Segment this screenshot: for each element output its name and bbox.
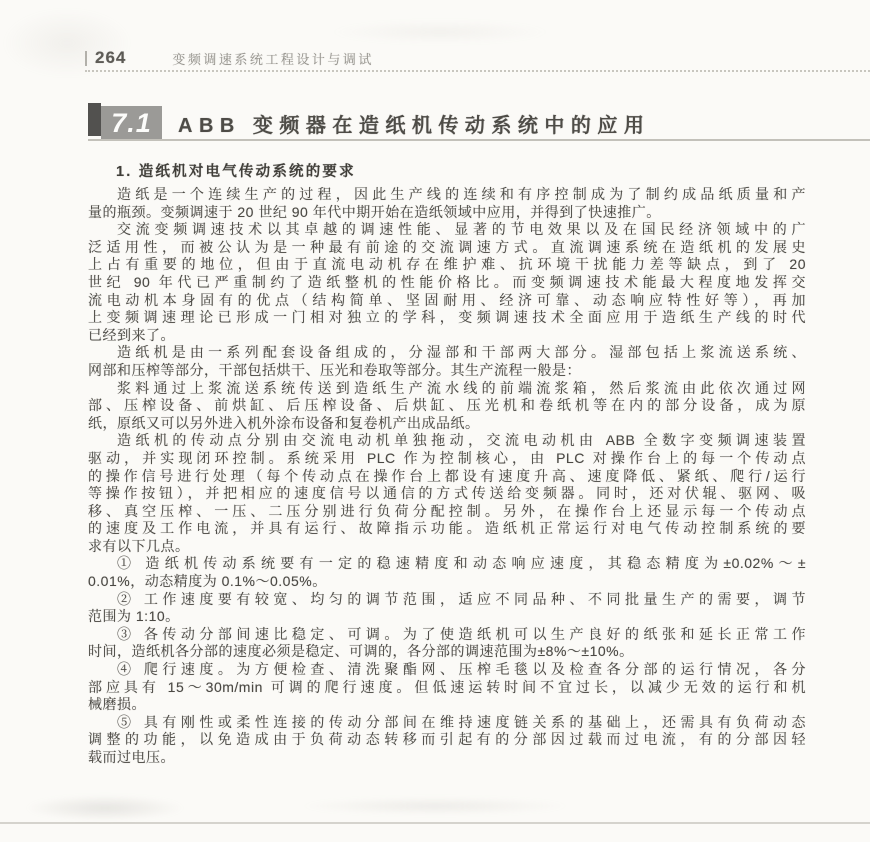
body-text-line: 调整的功能，以免造成由于负荷动态转移而引起有的分部因过载而过电流，有的分部因轻	[88, 731, 806, 749]
subsection-heading: 1. 造纸机对电气传动系统的要求	[116, 160, 356, 181]
body-text-line: 流电动机本身固有的优点（结构简单、坚固耐用、经济可靠、动态响应特性好等），再加	[88, 292, 806, 310]
body-text-line: 已经到来了。	[88, 327, 806, 345]
running-head-row: 264 变频调速系统工程设计与调试	[85, 48, 870, 68]
running-head: 264 变频调速系统工程设计与调试	[85, 48, 870, 74]
body-text-line: ④ 爬行速度。为方便检查、清洗聚酯网、压榨毛毯以及检查各分部的运行情况，各分	[88, 661, 806, 679]
body-text-line: 驱动，并实现闭环控制。系统采用 PLC 作为控制核心，由 PLC 对操作台上的每…	[88, 450, 806, 468]
page-number: 264	[95, 48, 126, 68]
body-text-line: ② 工作速度要有较宽、均匀的调节范围，适应不同品种、不同批量生产的需要，调节	[88, 591, 806, 609]
body-text-line: 纸，原纸又可以另外进入机外涂布设备和复卷机产出成品纸。	[88, 415, 806, 433]
section-title: ABB 变频器在造纸机传动系统中的应用	[178, 109, 650, 138]
body-text-line: 部、压榨设备、前烘缸、后压榨设备、后烘缸、压光机和卷纸机等在内的部分设备，成为原	[88, 397, 806, 415]
body-text-line: 造纸机是由一系列配套设备组成的，分湿部和干部两大部分。湿部包括上浆流送系统、	[88, 344, 806, 362]
body-text-line: 世纪 90 年代已严重制约了造纸整机的性能价格比。而变频调速技术能最大程度地发挥…	[88, 274, 806, 292]
body-text-line: 量的瓶颈。变频调速于 20 世纪 90 年代中期开始在造纸领域中应用，并得到了快…	[88, 204, 806, 222]
body-text-line: 求有以下几点。	[88, 538, 806, 556]
scan-smudge	[25, 795, 185, 821]
body-text-line: 等操作按钮），并把相应的速度信号以通信的方式传送给变频器。同时，还对伏辊、驱网、…	[88, 485, 806, 503]
body-text-line: ① 造纸机传动系统要有一定的稳速精度和动态响应速度，其稳态精度为±0.02%～±	[88, 555, 806, 573]
body-text-line: 移、真空压榨、一压、二压分别进行负荷分配控制。另外，在操作台上还显示每一个传动点	[88, 503, 806, 521]
body-text-line: 0.01%，动态精度为 0.1%～0.05%。	[88, 573, 806, 591]
bottom-scan-rule	[0, 822, 870, 824]
running-head-book-title: 变频调速系统工程设计与调试	[172, 49, 374, 68]
body-text-line: 械磨损。	[88, 696, 806, 714]
body-text-line: 的速度及工作电流，并具有运行、故障指示功能。造纸机正常运行对电气传动控制系统的要	[88, 520, 806, 538]
section-number: 7.1	[111, 108, 152, 139]
body-text-line: 泛适用性，而被公认为是一种最有前途的交流调速方式。直流调速系统在造纸机的发展史	[88, 239, 806, 257]
section-badge-shadow-edge	[88, 103, 101, 136]
body-text-block: 造纸是一个连续生产的过程，因此生产线的连续和有序控制成为了制约成品纸质量和产量的…	[88, 186, 806, 767]
scanned-book-page: 264 变频调速系统工程设计与调试 7.1 ABB 变频器在造纸机传动系统中的应…	[0, 0, 870, 842]
body-text-line: 部应具有 15～30m/min 可调的爬行速度。但低速运转时间不宜过长，以减少无…	[88, 679, 806, 697]
body-text-line: 时间，造纸机各分部的速度必须是稳定、可调的，各分部的调速范围为±8%～±10%。	[88, 643, 806, 661]
body-text-line: ③ 各传动分部间速比稳定、可调。为了使造纸机可以生产良好的纸张和延长正常工作	[88, 626, 806, 644]
body-text-line: 浆料通过上浆流送系统传送到造纸生产流水线的前端流浆箱，然后浆流由此依次通过网	[88, 380, 806, 398]
body-text-line: 范围为 1:10。	[88, 608, 806, 626]
body-text-line: 交流变频调速技术以其卓越的调速性能、显著的节电效果以及在国民经济领域中的广	[88, 221, 806, 239]
body-text-line: 的操作信号进行处理（每个传动点在操作台上都设有速度升高、速度降低、紧纸、爬行/运…	[88, 468, 806, 486]
body-text-line: 上占有重要的地位，但由于直流电动机存在维护难、抗环境干扰能力差等缺点，到了 20	[88, 256, 806, 274]
body-text-line: 造纸机的传动点分别由交流电动机单独拖动，交流电动机由 ABB 全数字变频调速装置	[88, 432, 806, 450]
header-dotted-rule	[85, 70, 870, 72]
section-underline-rule	[88, 139, 870, 141]
body-text-line: 网部和压榨等部分，干部包括烘干、压光和卷取等部分。其生产流程一般是：	[88, 362, 806, 380]
body-text-line: 造纸是一个连续生产的过程，因此生产线的连续和有序控制成为了制约成品纸质量和产	[88, 186, 806, 204]
body-text-line: ⑤ 具有刚性或柔性连接的传动分部间在维持速度链关系的基础上，还需具有负荷动态	[88, 714, 806, 732]
page-number-divider-bar	[85, 51, 87, 66]
scan-smudge	[300, 797, 570, 815]
body-text-line: 上变频调速理论已形成一门相对独立的学科，变频调速技术全面应用于造纸生产线的时代	[88, 309, 806, 327]
body-text-line: 载而过电压。	[88, 749, 806, 767]
scan-smudge	[330, 20, 550, 44]
section-number-badge: 7.1	[101, 106, 162, 141]
